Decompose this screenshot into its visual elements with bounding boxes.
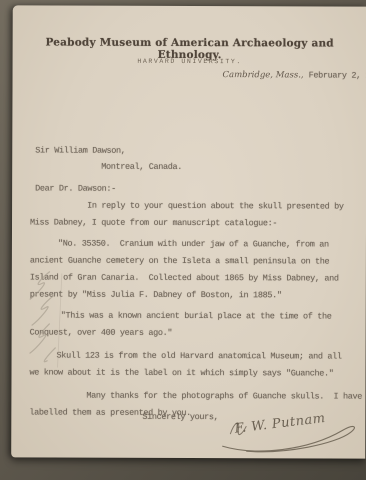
body-line: In reply to your question about the skul… [30,197,352,215]
dateline-place: Cambridge, Mass., [223,70,304,80]
paragraph-burial-place: "This was a known ancient burial place a… [30,307,352,342]
body-line: Skull 123 is from the old Harvard anatom… [30,347,352,365]
body-line: Miss Dabney, I quote from our manuscript… [30,214,352,232]
address-recipient: Sir William Dawson, [35,145,125,155]
letter-paper: Peabody Museum of American Archaeology a… [11,5,366,458]
body-line: present by "Miss Julia F. Dabney of Bost… [30,286,352,304]
valediction: Sincerely yours, [142,412,218,422]
body-line: ancient Guanche cemetery on the Isleta a… [30,252,352,270]
pencil-marginalia-icon [20,267,72,372]
body-line: we know about it is the label on it whic… [29,364,351,382]
dateline: Cambridge, Mass.,February 2, 1899 [223,70,366,81]
dateline-date: February 2, 1899 [309,70,366,80]
body-line: Many thanks for the photographs of Guanc… [29,387,351,405]
paragraph-intro: In reply to your question about the skul… [30,197,352,232]
body-line: "This was a known ancient burial place a… [30,307,352,325]
body-line: Conquest, over 400 years ago." [30,324,352,342]
letterhead-university: HARVARD UNIVERSITY. [13,57,366,65]
signature-block: F. W. Putnam [216,404,366,463]
salutation: Dear Dr. Dawson:- [35,183,116,193]
paragraph-skull-123: Skull 123 is from the old Harvard anatom… [29,347,351,382]
letter-body: In reply to your question about the skul… [29,197,352,426]
address-city: Montreal, Canada. [101,162,182,172]
paragraph-catalogue-quote: "No. 35350. Cranium with under jaw of a … [30,235,352,304]
body-line: "No. 35350. Cranium with under jaw of a … [30,235,352,253]
body-line: Island of Gran Canaria. Collected about … [30,269,352,287]
